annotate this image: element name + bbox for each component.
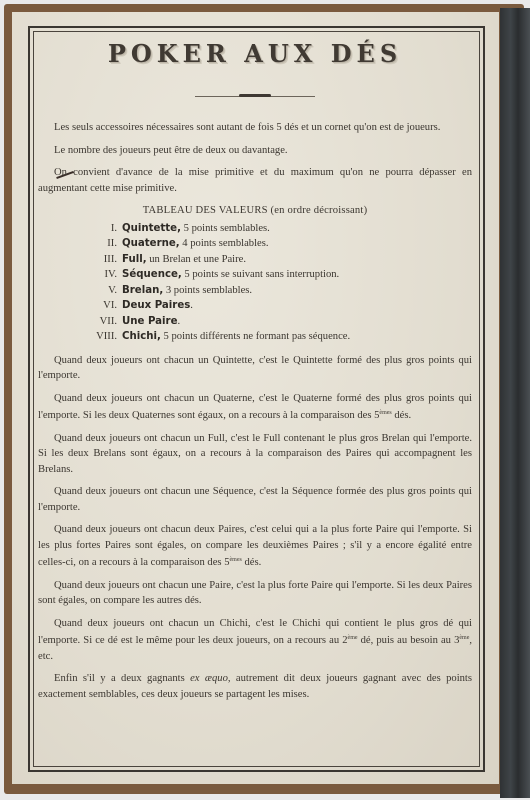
rank-name: Deux Paires (122, 298, 190, 314)
rank-name: Chichi, (122, 329, 161, 345)
rank-item: IV.Séquence, 5 points se suivant sans in… (38, 267, 472, 283)
hand-rankings-list: I.Quintette, 5 points semblables. II.Qua… (38, 221, 472, 345)
page-content: POKER AUX DÉS Les seuls accessoires néce… (38, 38, 472, 709)
rank-numeral: IV. (38, 267, 122, 283)
rule-sequence: Quand deux joueurs ont chacun une Séquen… (38, 484, 472, 515)
rank-numeral: VI. (38, 298, 122, 314)
rank-description: 4 points semblables. (180, 236, 269, 252)
rank-numeral: VII. (38, 314, 122, 330)
rule-full: Quand deux joueurs ont chacun un Full, c… (38, 431, 472, 478)
intro-paragraph: On convient d'avance de la mise primitiv… (38, 165, 472, 196)
book-spine (500, 8, 530, 798)
intro-paragraph: Les seuls accessoires nécessaires sont a… (38, 120, 472, 136)
rank-numeral: I. (38, 221, 122, 237)
values-table-title: TABLEAU DES VALEURS (en ordre décroissan… (38, 203, 472, 219)
rank-item: III.Full, un Brelan et une Paire. (38, 252, 472, 268)
rank-name: Quaterne, (122, 236, 180, 252)
rank-numeral: III. (38, 252, 122, 268)
rank-item: II.Quaterne, 4 points semblables. (38, 236, 472, 252)
intro-paragraph: Le nombre des joueurs peut être de deux … (38, 143, 472, 159)
rank-numeral: VIII. (38, 329, 122, 345)
rank-description: 3 points semblables. (163, 283, 252, 299)
rank-description: 5 points se suivant sans interruption. (182, 267, 339, 283)
printed-page: POKER AUX DÉS Les seuls accessoires néce… (12, 12, 499, 784)
rank-description: un Brelan et une Paire. (147, 252, 246, 268)
page-title: POKER AUX DÉS (38, 46, 472, 82)
title-ornament-divider (195, 94, 315, 98)
rule-chichi: Quand deux joueurs ont chacun un Chichi,… (38, 616, 472, 665)
rank-item: V.Brelan, 3 points semblables. (38, 283, 472, 299)
rank-name: Full, (122, 252, 147, 268)
rank-item: VII.Une Paire. (38, 314, 472, 330)
rank-description: 5 points différents ne formant pas séque… (161, 329, 350, 345)
rule-quintette: Quand deux joueurs ont chacun un Quintet… (38, 353, 472, 384)
rank-name: Quintette, (122, 221, 181, 237)
rank-description: . (177, 314, 180, 330)
rank-name: Une Paire (122, 314, 177, 330)
rank-description: . (190, 298, 193, 314)
rank-item: VIII.Chichi, 5 points différents ne form… (38, 329, 472, 345)
rank-description: 5 points semblables. (181, 221, 270, 237)
rank-numeral: II. (38, 236, 122, 252)
rank-item: VI.Deux Paires. (38, 298, 472, 314)
rule-ex-aequo: Enfin s'il y a deux gagnants ex æquo, au… (38, 671, 472, 702)
rule-deux-paires: Quand deux joueurs ont chacun deux Paire… (38, 522, 472, 571)
rank-item: I.Quintette, 5 points semblables. (38, 221, 472, 237)
rule-quaterne: Quand deux joueurs ont chacun un Quatern… (38, 391, 472, 424)
rank-name: Séquence, (122, 267, 182, 283)
rule-une-paire: Quand deux joueurs ont chacun une Paire,… (38, 578, 472, 609)
rank-name: Brelan, (122, 283, 163, 299)
rank-numeral: V. (38, 283, 122, 299)
